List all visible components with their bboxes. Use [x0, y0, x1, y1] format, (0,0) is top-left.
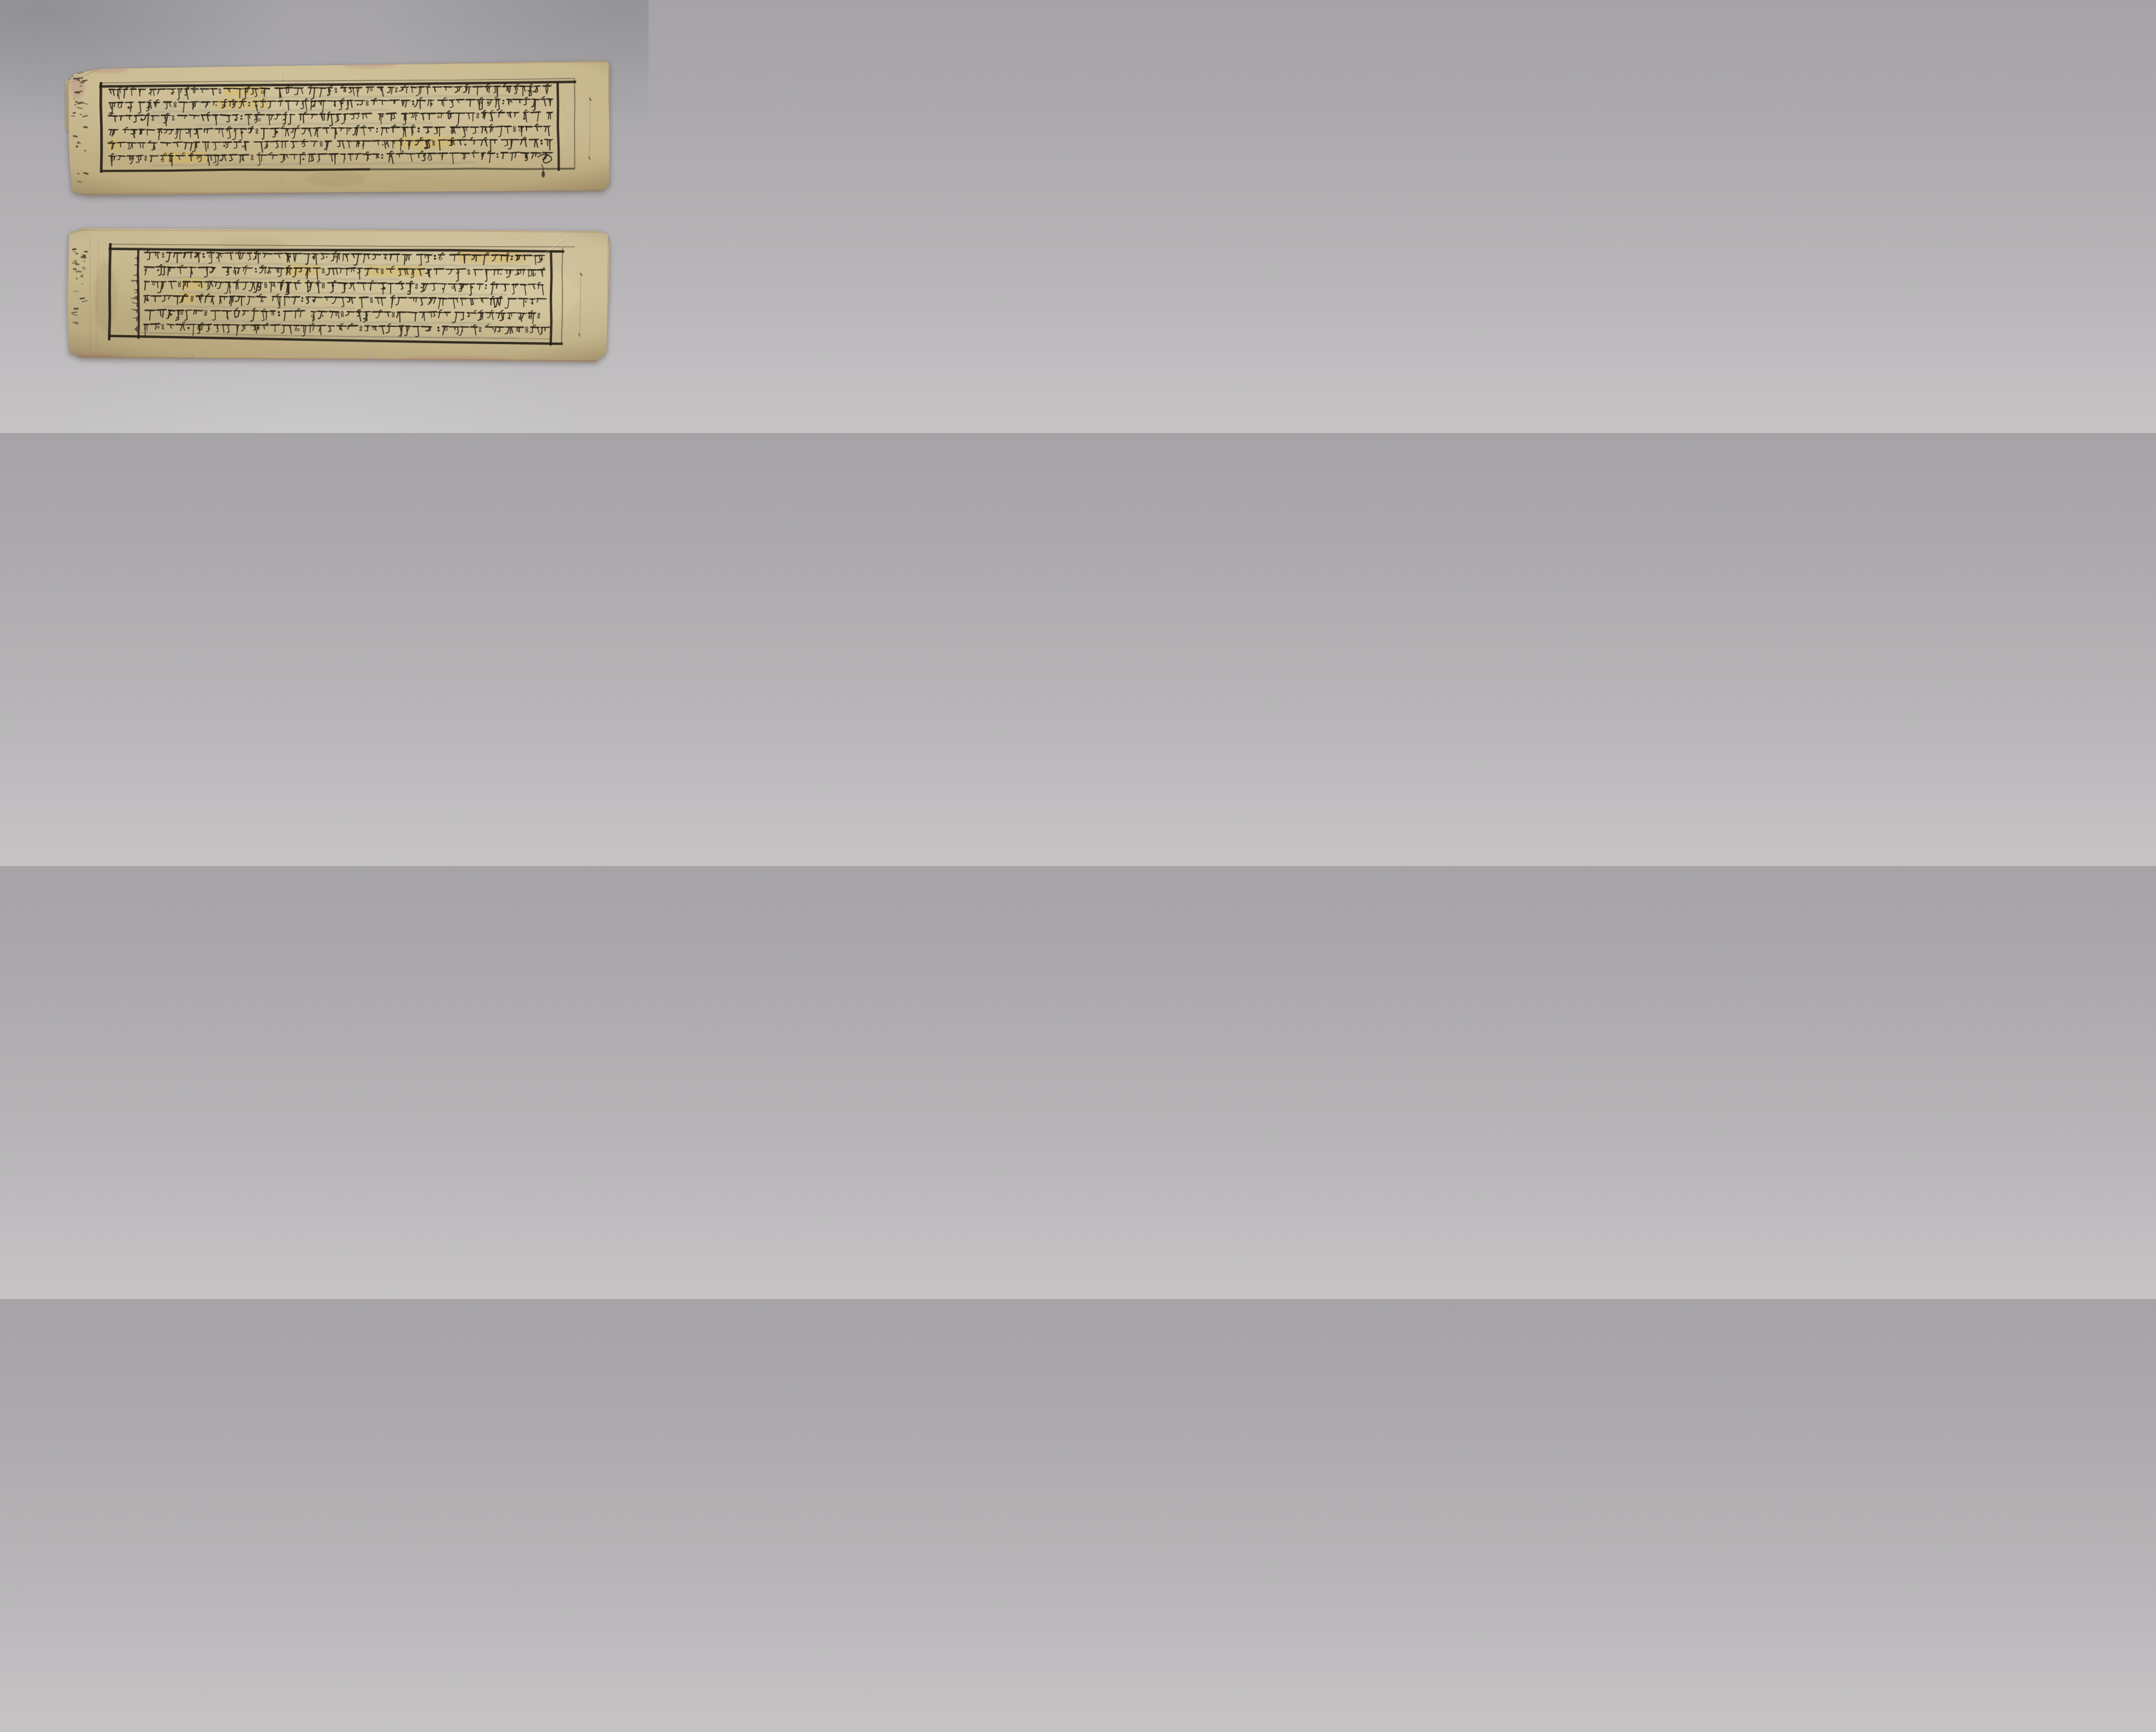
manuscript-leaf-lower-art [66, 227, 609, 362]
manuscript-leaf-lower-wrap [66, 227, 609, 362]
manuscript-leaf-upper-wrap [67, 61, 611, 195]
photo-stage: Photograph of two oblong leaves of a han… [0, 0, 649, 433]
manuscript-leaf-upper-art [67, 61, 611, 195]
manuscript-leaf-lower [66, 227, 609, 362]
accessibility-transcription: Photograph of two oblong leaves of a han… [0, 0, 0, 0]
manuscript-leaf-upper [67, 61, 611, 195]
